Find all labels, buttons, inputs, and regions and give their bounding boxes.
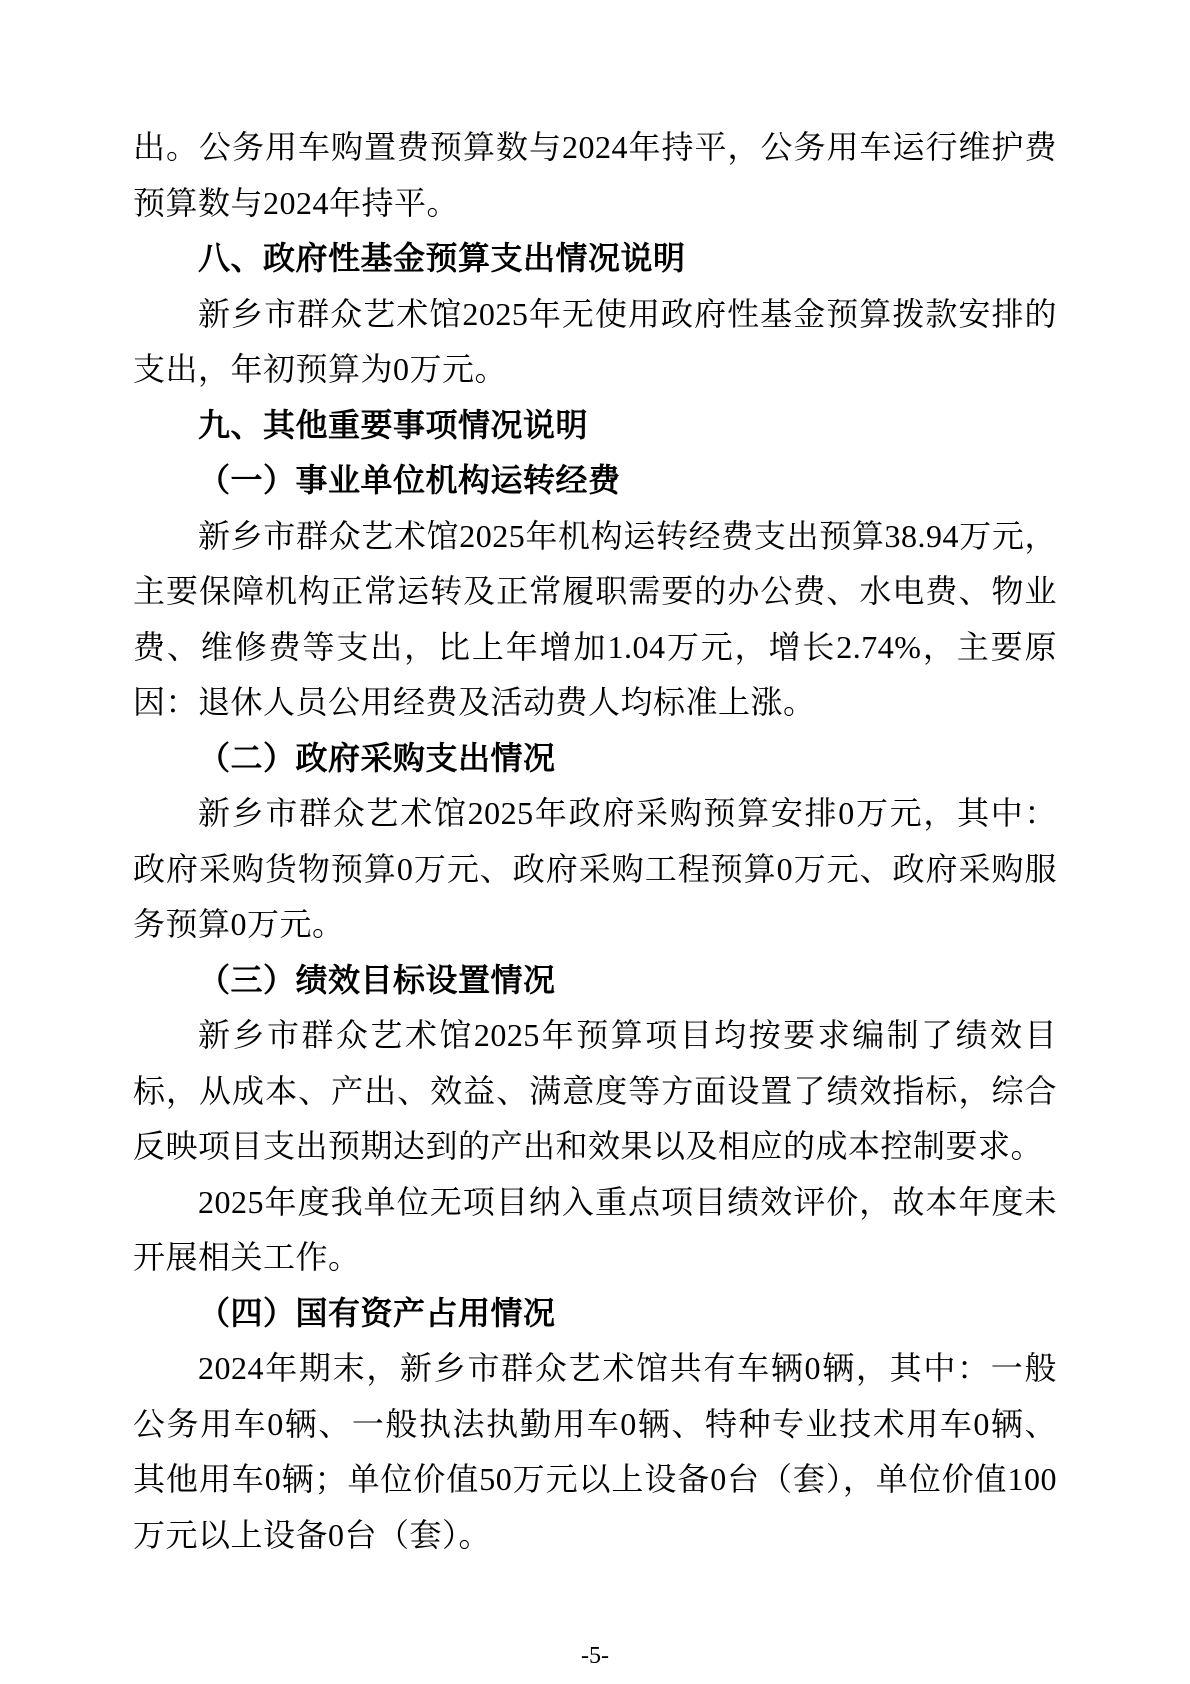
subsection-heading: （一）事业单位机构运转经费 [133,453,1057,509]
subsection-heading: （四）国有资产占用情况 [133,1286,1057,1342]
body-paragraph: 2025年度我单位无项目纳入重点项目绩效评价，故本年度未开展相关工作。 [133,1175,1057,1286]
section-heading: 八、政府性基金预算支出情况说明 [133,231,1057,287]
body-paragraph: 新乡市群众艺术馆2025年无使用政府性基金预算拨款安排的支出，年初预算为0万元。 [133,287,1057,398]
section-heading: 九、其他重要事项情况说明 [133,398,1057,454]
body-paragraph: 新乡市群众艺术馆2025年政府采购预算安排0万元，其中：政府采购货物预算0万元、… [133,786,1057,953]
document-page: 出。公务用车购置费预算数与2024年持平，公务用车运行维护费预算数与2024年持… [0,0,1190,1684]
body-paragraph: 2024年期末，新乡市群众艺术馆共有车辆0辆，其中：一般公务用车0辆、一般执法执… [133,1341,1057,1563]
body-paragraph: 新乡市群众艺术馆2025年机构运转经费支出预算38.94万元，主要保障机构正常运… [133,509,1057,731]
page-number: -5- [0,1641,1190,1671]
body-paragraph: 出。公务用车购置费预算数与2024年持平，公务用车运行维护费预算数与2024年持… [133,120,1057,231]
document-body: 出。公务用车购置费预算数与2024年持平，公务用车运行维护费预算数与2024年持… [133,120,1057,1563]
subsection-heading: （三）绩效目标设置情况 [133,953,1057,1009]
subsection-heading: （二）政府采购支出情况 [133,731,1057,787]
body-paragraph: 新乡市群众艺术馆2025年预算项目均按要求编制了绩效目标，从成本、产出、效益、满… [133,1008,1057,1175]
